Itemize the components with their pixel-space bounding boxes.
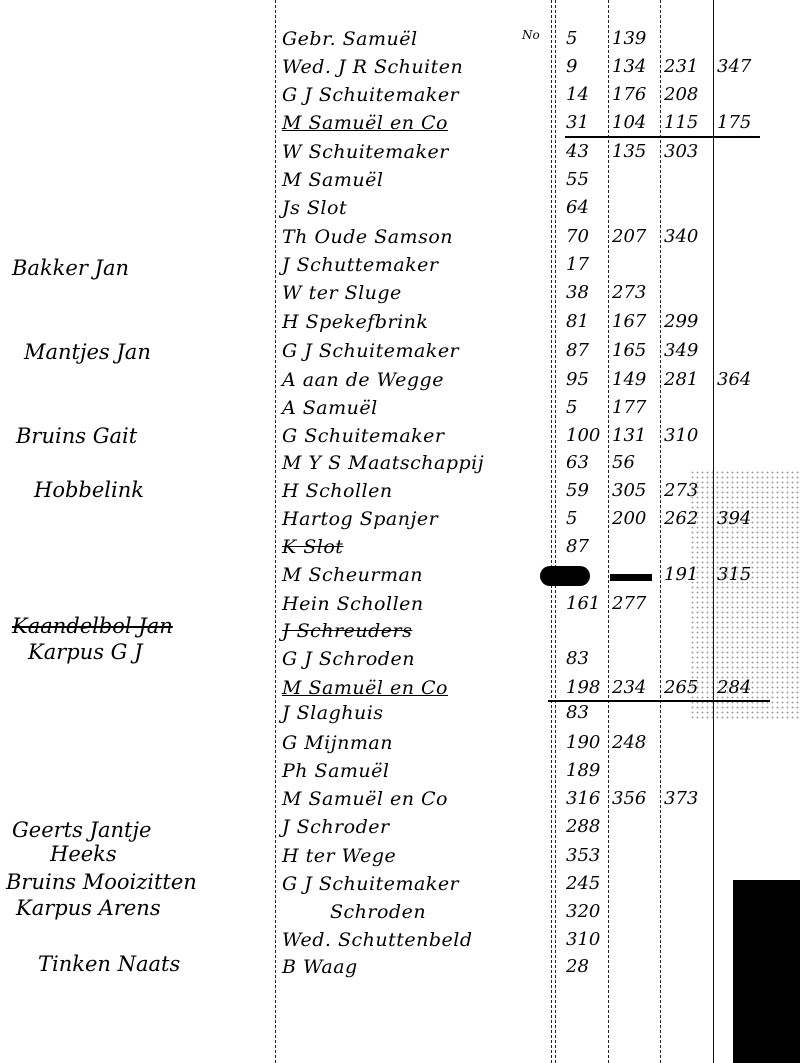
entry-name: Gebr. Samuël: [282, 28, 547, 50]
entry-value-1: 288: [566, 816, 600, 837]
entry-value-4: 284: [717, 677, 751, 698]
entry-name: M Samuël en Co: [282, 112, 547, 134]
entry-value-4: 364: [717, 369, 751, 390]
ledger-row: Hartog Spanjer 5 200 262 394: [0, 508, 800, 534]
entry-name: Hein Schollen: [282, 593, 547, 615]
ledger-row: Wed. J R Schuiten 9 134 231 347: [0, 56, 800, 82]
entry-value-1: 320: [566, 901, 600, 922]
entry-value-2: 131: [612, 425, 646, 446]
entry-value-2: 176: [612, 84, 646, 105]
entry-value-2: 356: [612, 788, 646, 809]
entry-value-4: 315: [717, 564, 751, 585]
entry-value-3: 349: [664, 340, 698, 361]
entry-name: Schroden: [330, 901, 595, 923]
entry-name: H Schollen: [282, 480, 547, 502]
entry-value-1: 100: [566, 425, 600, 446]
margin-name: Heeks: [50, 842, 117, 866]
ledger-row: M Samuël 55: [0, 169, 800, 195]
entry-value-1: 70: [566, 226, 589, 247]
margin-name: Bakker Jan: [12, 256, 129, 280]
entry-value-2: 135: [612, 141, 646, 162]
entry-value-4: 347: [717, 56, 751, 77]
entry-name: G J Schuitemaker: [282, 340, 547, 362]
entry-value-2: 248: [612, 732, 646, 753]
entry-name: K Slot: [282, 536, 547, 558]
entry-value-3: 310: [664, 425, 698, 446]
ledger-row: G Mijnman 190 248: [0, 732, 800, 758]
entry-name: J Schreuders: [282, 620, 547, 642]
entry-value-2: 207: [612, 226, 646, 247]
margin-name-struck: Kaandelbol Jan: [12, 614, 173, 638]
ledger-row: Js Slot 64: [0, 197, 800, 223]
entry-value-3: 373: [664, 788, 698, 809]
entry-value-1: 5: [566, 508, 577, 529]
margin-name: Tinken Naats: [38, 952, 180, 976]
entry-name: G J Schuitemaker: [282, 84, 547, 106]
entry-name: H Spekefbrink: [282, 311, 547, 333]
entry-name: W ter Sluge: [282, 282, 547, 304]
entry-name: G Mijnman: [282, 732, 547, 754]
entry-value-1: 9: [566, 56, 577, 77]
ledger-row: M Samuël en Co 316 356 373: [0, 788, 800, 814]
entry-value-2: 273: [612, 282, 646, 303]
entry-value-1: 43: [566, 141, 589, 162]
ledger-row: G J Schuitemaker 14 176 208: [0, 84, 800, 110]
entry-value-2: 56: [612, 452, 635, 473]
entry-value-3: 208: [664, 84, 698, 105]
entry-name: H ter Wege: [282, 845, 547, 867]
entry-value-2: 200: [612, 508, 646, 529]
entry-name: G J Schuitemaker: [282, 873, 547, 895]
entry-name: M Samuël: [282, 169, 547, 191]
entry-name: M Y S Maatschappij: [282, 452, 547, 474]
ledger-row: M Y S Maatschappij 63 56: [0, 452, 800, 478]
entry-value-3: 299: [664, 311, 698, 332]
entry-name: Ph Samuël: [282, 760, 547, 782]
entry-name: A Samuël: [282, 397, 547, 419]
entry-name: B Waag: [282, 956, 547, 978]
entry-value-1: 59: [566, 480, 589, 501]
margin-name: Bruins Gait: [16, 424, 137, 448]
entry-value-3: 281: [664, 369, 698, 390]
entry-value-1: 189: [566, 760, 600, 781]
ledger-row: H ter Wege 353: [0, 845, 800, 871]
entry-value-1: 87: [566, 340, 589, 361]
entry-value-4: 175: [717, 112, 751, 133]
entry-value-3: 273: [664, 480, 698, 501]
entry-value-4: 394: [717, 508, 751, 529]
entry-value-1: 95: [566, 369, 589, 390]
ledger-row: H Spekefbrink 81 167 299: [0, 311, 800, 337]
entry-value-2: 305: [612, 480, 646, 501]
entry-value-1: 17: [566, 254, 589, 275]
entry-name: A aan de Wegge: [282, 369, 547, 391]
entry-value-2: 149: [612, 369, 646, 390]
entry-value-2: 167: [612, 311, 646, 332]
entry-value-3: 265: [664, 677, 698, 698]
margin-name: Hobbelink: [34, 478, 144, 502]
entry-value-1: 353: [566, 845, 600, 866]
entry-value-3: 115: [664, 112, 698, 133]
entry-name: W Schuitemaker: [282, 141, 547, 163]
ledger-row: W Schuitemaker 43 135 303: [0, 141, 800, 167]
entry-value-1: 31: [566, 112, 589, 133]
entry-name: J Schroder: [282, 816, 547, 838]
entry-value-1: 316: [566, 788, 600, 809]
entry-name: M Samuël en Co: [282, 677, 547, 699]
entry-value-2: 134: [612, 56, 646, 77]
entry-value-2: 165: [612, 340, 646, 361]
entry-value-1: 87: [566, 536, 589, 557]
entry-name: Wed. J R Schuiten: [282, 56, 547, 78]
entry-name: J Slaghuis: [282, 702, 547, 724]
entry-number-prefix: No: [522, 28, 540, 42]
entry-value-1: 83: [566, 702, 589, 723]
ledger-row: M Scheurman 191 315: [0, 564, 800, 590]
ledger-row: A aan de Wegge 95 149 281 364: [0, 369, 800, 395]
entry-value-3: 191: [664, 564, 698, 585]
ledger-row: Ph Samuël 189: [0, 760, 800, 786]
margin-name: Mantjes Jan: [24, 340, 151, 364]
entry-value-2: 177: [612, 397, 646, 418]
entry-value-3: 231: [664, 56, 698, 77]
ledger-row: Th Oude Samson 70 207 340: [0, 226, 800, 252]
entry-name: Th Oude Samson: [282, 226, 547, 248]
ledger-row: J Slaghuis 83: [0, 702, 800, 728]
ledger-row: K Slot 87: [0, 536, 800, 562]
entry-name: M Samuël en Co: [282, 788, 547, 810]
entry-value-1: 190: [566, 732, 600, 753]
entry-value-1: 55: [566, 169, 589, 190]
entry-value-1: 81: [566, 311, 589, 332]
entry-value-2: 234: [612, 677, 646, 698]
entry-value-1: 83: [566, 648, 589, 669]
entry-value-2: 139: [612, 28, 646, 49]
entry-name: Hartog Spanjer: [282, 508, 547, 530]
entry-name: G J Schroden: [282, 648, 547, 670]
entry-value-1: 5: [566, 397, 577, 418]
entry-value-1: 38: [566, 282, 589, 303]
entry-value-1: 5: [566, 28, 577, 49]
entry-name: Wed. Schuttenbeld: [282, 929, 547, 951]
entry-value-3: 340: [664, 226, 698, 247]
margin-name: Karpus G J: [28, 640, 143, 664]
margin-name: Bruins Mooizitten: [6, 870, 197, 894]
margin-name: Geerts Jantje: [12, 818, 151, 842]
entry-value-2: 277: [612, 593, 646, 614]
ledger-row: M Samuël en Co 198 234 265 284: [0, 677, 800, 703]
entry-value-3: 262: [664, 508, 698, 529]
entry-value-1: 63: [566, 452, 589, 473]
entry-value-1: 161: [566, 593, 600, 614]
entry-value-3: 303: [664, 141, 698, 162]
ledger-row: Gebr. Samuël No 5 139: [0, 28, 800, 54]
entry-value-1: 64: [566, 197, 589, 218]
entry-value-1: 310: [566, 929, 600, 950]
ledger-row: A Samuël 5 177: [0, 397, 800, 423]
entry-name: G Schuitemaker: [282, 425, 547, 447]
entry-value-1: 14: [566, 84, 589, 105]
entry-value-2: 104: [612, 112, 646, 133]
entry-value-1: 28: [566, 956, 589, 977]
entry-name: M Scheurman: [282, 564, 547, 586]
ledger-row: W ter Sluge 38 273: [0, 282, 800, 308]
entry-name: J Schuttemaker: [282, 254, 547, 276]
ledger-row: M Samuël en Co 31 104 115 175: [0, 112, 800, 138]
margin-name: Karpus Arens: [16, 896, 161, 920]
entry-value-1: 198: [566, 677, 600, 698]
ledger-page: Gebr. Samuël No 5 139 Wed. J R Schuiten …: [0, 0, 800, 1063]
entry-name: Js Slot: [282, 197, 547, 219]
entry-value-1: 245: [566, 873, 600, 894]
